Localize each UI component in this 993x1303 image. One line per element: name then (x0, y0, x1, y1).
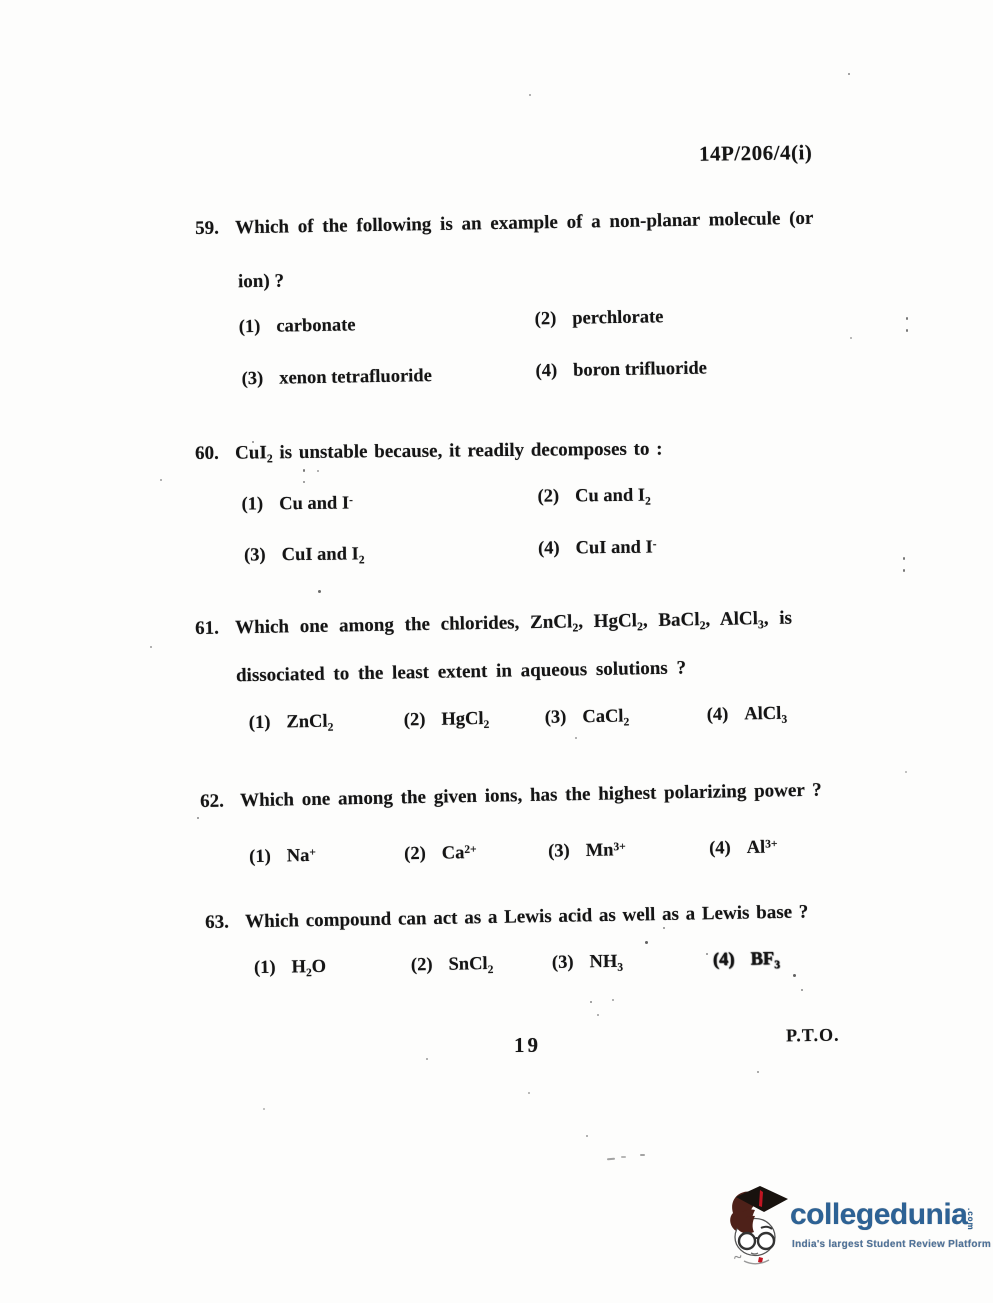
scan-artifact (597, 1014, 599, 1016)
option-text: Cu and I2 (575, 486, 651, 507)
brand-tld: .com (966, 1208, 975, 1231)
scan-artifact (757, 1071, 759, 1073)
question-text: CuI2 is unstable because, it readily dec… (235, 439, 663, 465)
option-label: (2) (535, 309, 557, 330)
option-label: (1) (241, 494, 263, 515)
option-label: (1) (239, 317, 261, 338)
page-number: 19 (514, 1033, 541, 1058)
option-label: (4) (535, 361, 557, 382)
scan-artifact (160, 479, 162, 481)
question-text: Which of the following is an example of … (235, 208, 814, 240)
scan-artifact (426, 1058, 428, 1060)
option-text: AlCl3 (744, 704, 787, 725)
option-label: (3) (545, 708, 567, 729)
option-label: (1) (249, 847, 271, 868)
scan-artifact (848, 73, 850, 75)
pto-label: P.T.O. (786, 1025, 840, 1047)
scan-artifact (706, 953, 708, 955)
question-text: Which one among the chlorides, ZnCl2, Hg… (235, 608, 792, 640)
paper-code: 14P/206/4(i) (699, 140, 813, 167)
option-text: carbonate (276, 315, 355, 336)
scan-artifact (252, 441, 254, 443)
scan-artifact (528, 1092, 530, 1094)
option-text: CaCl2 (582, 706, 629, 727)
scanned-exam-page: 14P/206/4(i) 59. Which of the following … (0, 0, 993, 1303)
question-option: (4)boron trifluoride (535, 359, 707, 383)
question-option: (4)CuI and I- (538, 538, 657, 560)
question-text: dissociated to the least extent in aqueo… (236, 657, 686, 687)
question-63: 63. Which compound can act as a Lewis ac… (205, 901, 808, 934)
scan-artifact (645, 941, 648, 944)
brand-name: collegedunia (790, 1198, 967, 1232)
option-text: CuI and I2 (282, 544, 365, 565)
scan-artifact (575, 737, 577, 739)
question-text: Which one among the given ions, has the … (240, 780, 822, 813)
scan-artifact (303, 469, 305, 472)
scan-artifact (612, 999, 614, 1001)
question-option: (3)NH3 (552, 952, 623, 974)
question-option: (2)Ca2+ (404, 843, 477, 865)
option-text: ZnCl2 (286, 712, 333, 733)
scan-artifact (318, 590, 321, 593)
question-59: 59. Which of the following is an example… (195, 208, 814, 240)
scan-artifact (263, 1108, 265, 1110)
scan-artifact (317, 470, 319, 472)
question-option: (2)SnCl2 (411, 954, 494, 976)
option-text: Ca2+ (442, 843, 477, 864)
question-text: ion) ? (238, 271, 284, 294)
scan-artifact (197, 817, 199, 819)
scan-artifact (150, 646, 152, 648)
question-number: 63. (205, 911, 241, 934)
question-option: (2)perchlorate (535, 307, 664, 330)
scan-artifact (903, 569, 905, 572)
scan-artifact (529, 94, 531, 96)
question-61: 61. Which one among the chlorides, ZnCl2… (195, 608, 792, 640)
question-option: (4)BF3 (713, 949, 780, 971)
scan-artifact (663, 927, 665, 929)
scan-artifact (621, 1156, 626, 1158)
question-option: (1)H2O (254, 957, 326, 979)
scan-artifact (590, 1001, 592, 1003)
question-option: (1)Cu and I- (241, 493, 353, 515)
question-text: Which compound can act as a Lewis acid a… (245, 901, 809, 933)
option-text: HgCl2 (441, 709, 489, 730)
question-number: 61. (195, 617, 231, 640)
scan-artifact (903, 557, 905, 560)
option-label: (3) (244, 545, 266, 566)
question-option: (3)Mn3+ (548, 840, 626, 862)
option-text: SnCl2 (448, 954, 493, 975)
question-option: (2)HgCl2 (404, 709, 490, 731)
scan-artifact (906, 329, 908, 332)
question-62: 62. Which one among the given ions, has … (200, 780, 822, 813)
option-text: Cu and I- (279, 493, 353, 514)
question-option: (2)Cu and I2 (537, 486, 650, 508)
scan-artifact (607, 1158, 615, 1161)
option-label: (4) (709, 838, 731, 859)
option-text: CuI and I- (576, 538, 657, 559)
option-label: (3) (548, 841, 570, 862)
question-option: (1)carbonate (239, 315, 356, 338)
brand-tagline: India's largest Student Review Platform (792, 1239, 991, 1250)
scan-artifact (640, 1154, 645, 1156)
scan-artifact (905, 771, 907, 773)
option-label: (4) (713, 950, 735, 971)
option-text: Mn3+ (586, 840, 626, 861)
option-label: (3) (242, 369, 264, 390)
scan-artifact (850, 337, 852, 339)
option-text: Al3+ (747, 837, 778, 858)
scan-artifact (793, 974, 796, 977)
question-60: 60. CuI2 is unstable because, it readily… (195, 439, 663, 465)
option-label: (1) (254, 958, 276, 979)
option-label: (2) (411, 955, 433, 976)
scan-artifact (906, 317, 908, 320)
collegedunia-logo: collegedunia .com India's largest Studen… (726, 1184, 988, 1276)
option-text: xenon tetrafluoride (279, 366, 432, 389)
question-option: (1)ZnCl2 (249, 712, 334, 734)
option-label: (4) (538, 539, 560, 560)
scan-artifact (303, 481, 305, 483)
option-label: (3) (552, 953, 574, 974)
option-text: H2O (291, 957, 326, 978)
option-label: (2) (404, 844, 426, 865)
option-label: (1) (249, 713, 271, 734)
question-option: (4)AlCl3 (707, 704, 788, 726)
scan-artifact (586, 1135, 588, 1137)
option-text: boron trifluoride (573, 359, 707, 381)
question-number: 62. (200, 790, 236, 813)
question-number: 59. (195, 217, 231, 240)
question-option: (3)CaCl2 (545, 706, 630, 728)
question-option: (1)Na+ (249, 846, 316, 868)
scan-artifact (801, 989, 803, 991)
question-option: (4)Al3+ (709, 837, 778, 859)
option-label: (2) (537, 487, 559, 508)
option-text: NH3 (589, 952, 623, 973)
option-text: BF3 (750, 949, 780, 970)
option-text: perchlorate (572, 307, 663, 329)
question-option: (3)CuI and I2 (244, 544, 365, 566)
option-text: Na+ (287, 846, 317, 867)
option-label: (2) (404, 710, 426, 731)
option-label: (4) (707, 705, 729, 726)
question-number: 60. (195, 443, 231, 465)
question-option: (3)xenon tetrafluoride (242, 366, 433, 390)
